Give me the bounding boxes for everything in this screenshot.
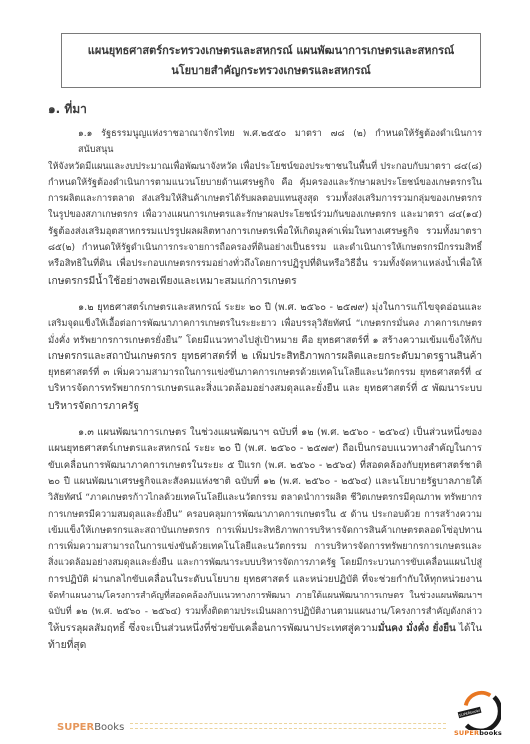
text-line: หรือสิทธิในที่ดิน เพื่อประกอบเกษตรกรรมอย… — [48, 256, 482, 272]
footer-logo: SUPERbooks SUPERbooks — [450, 690, 506, 740]
title-line-1: แผนยุทธศาสตร์กระทรวงเกษตรและสหกรณ์ แผนพั… — [68, 41, 474, 61]
paragraph: ๑.๓ แผนพัฒนาการเกษตร ในช่วงแผนพัฒนาฯ ฉบั… — [48, 425, 482, 653]
text-line: การปฏิบัติ ผ่านกลไกขับเคลื่อนในระดับนโยบ… — [48, 572, 482, 588]
text-line: ในรูปของสภาเกษตรกร เพื่อวางแผนการเกษตรแล… — [48, 207, 482, 223]
text-line: ขับเคลื่อนการพัฒนาภาคการเกษตรในระยะ ๕ ปี… — [48, 458, 482, 474]
text-line: จัดทำแผนงาน/โครงการสำคัญที่สอดคล้องกับแน… — [48, 588, 482, 604]
section-heading: ๑. ที่มา — [48, 101, 482, 118]
text-line: รัฐต้องส่งเสริมอุตสาหกรรมแปรรูปผลผลิตทาง… — [48, 224, 482, 240]
text-line: สิ่งแวดล้อมอย่างสมดุลและยั่งยืน และการพั… — [48, 555, 482, 571]
footer-brand-books-label: Books — [94, 722, 124, 733]
text-line: กำหนดให้รัฐต้องดำเนินการตามแนวนโยบายด้าน… — [48, 175, 482, 191]
page-content: แผนยุทธศาสตร์กระทรวงเกษตรและสหกรณ์ แผนพั… — [48, 0, 482, 653]
text-line: เข้มแข็งให้เกษตรกรและสถาบันเกษตรกร การเพ… — [48, 523, 482, 539]
text-line: เสริมจุดแข็งให้เอื้อต่อการพัฒนาภาคการเกษ… — [48, 316, 482, 332]
title-line-2: นโยบายสำคัญกระทรวงเกษตรและสหกรณ์ — [68, 61, 474, 81]
text-line: เกษตรกรมีน้ำใช้อย่างพอเพียงและเหมาะสมแก่… — [48, 273, 482, 289]
footer-logo-super-label: SUPER — [454, 729, 479, 737]
footer-logo-books-label: books — [479, 729, 502, 737]
text-line: บริหารจัดการทรัพยากรการเกษตรและสิ่งแวดล้… — [48, 381, 482, 397]
text-line: การเพิ่มความสามารถในการแข่งขันด้วยเทคโนโ… — [48, 539, 482, 555]
footer-brand-left: SUPERBooks — [57, 721, 124, 740]
document-page: แผนยุทธศาสตร์กระทรวงเกษตรและสหกรณ์ แผนพั… — [0, 0, 530, 744]
text-line: ๑.๑ รัฐธรรมนูญแห่งราชอาณาจักรไทย พ.ศ.๒๕๕… — [48, 126, 482, 159]
text-line: เกษตรกรและสถาบันเกษตรกร ยุทธศาสตร์ที่ ๒ … — [48, 349, 482, 365]
superbooks-logo-icon: SUPERbooks — [455, 690, 501, 730]
page-footer: SUPERBooks SUPERbooks SUPERbooks — [57, 690, 506, 740]
text-line: ฉบับที่ ๑๒ (พ.ศ. ๒๕๖๐ - ๒๕๖๔) รวมทั้งติด… — [48, 604, 482, 620]
text-line: ๘๕(๒) กำหนดให้รัฐดำเนินการกระจายการถือคร… — [48, 240, 482, 256]
text-line: แผนยุทธศาสตร์เกษตรและสหกรณ์ ระยะ ๒๐ ปี (… — [48, 441, 482, 457]
text-line: ๒๐ ปี แผนพัฒนาเศรษฐกิจและสังคมแห่งชาติ ฉ… — [48, 474, 482, 490]
paragraph: ๑.๑ รัฐธรรมนูญแห่งราชอาณาจักรไทย พ.ศ.๒๕๕… — [48, 126, 482, 289]
footer-brand-super-label: SUPER — [57, 722, 94, 733]
body-paragraphs: ๑.๑ รัฐธรรมนูญแห่งราชอาณาจักรไทย พ.ศ.๒๕๕… — [48, 126, 482, 653]
footer-logo-wordmark: SUPERbooks — [454, 730, 502, 737]
paragraph: ๑.๒ ยุทธศาสตร์เกษตรและสหกรณ์ ระยะ ๒๐ ปี … — [48, 300, 482, 414]
text-line: ให้บรรลุผลสัมฤทธิ์ ซึ่งจะเป็นส่วนหนึ่งที… — [48, 621, 482, 637]
text-line: ท้ายที่สุด — [48, 637, 482, 653]
text-line: บริหารจัดการภาครัฐ — [48, 398, 482, 414]
title-box: แผนยุทธศาสตร์กระทรวงเกษตรและสหกรณ์ แผนพั… — [61, 33, 481, 88]
footer-dashed-divider — [130, 723, 446, 729]
text-line: การผลิตและการตลาด ส่งเสริมให้สินค้าเกษตร… — [48, 191, 482, 207]
text-line: ๑.๓ แผนพัฒนาการเกษตร ในช่วงแผนพัฒนาฯ ฉบั… — [48, 425, 482, 441]
text-line: มั่งคั่ง ทรัพยากรการเกษตรยั่งยืน” โดยมีแ… — [48, 333, 482, 349]
text-line: ยุทธศาสตร์ที่ ๓ เพิ่มความสามารถในการแข่ง… — [48, 365, 482, 381]
text-line: ๑.๒ ยุทธศาสตร์เกษตรและสหกรณ์ ระยะ ๒๐ ปี … — [48, 300, 482, 316]
text-line: วิสัยทัศน์ “ภาคเกษตรก้าวไกลด้วยเทคโนโลยี… — [48, 490, 482, 506]
text-line: การเกษตรมีความสมดุลและยั่งยืน” ครอบคลุมก… — [48, 507, 482, 523]
text-line: ให้จังหวัดมีแผนและงบประมาณเพื่อพัฒนาจังห… — [48, 159, 482, 175]
